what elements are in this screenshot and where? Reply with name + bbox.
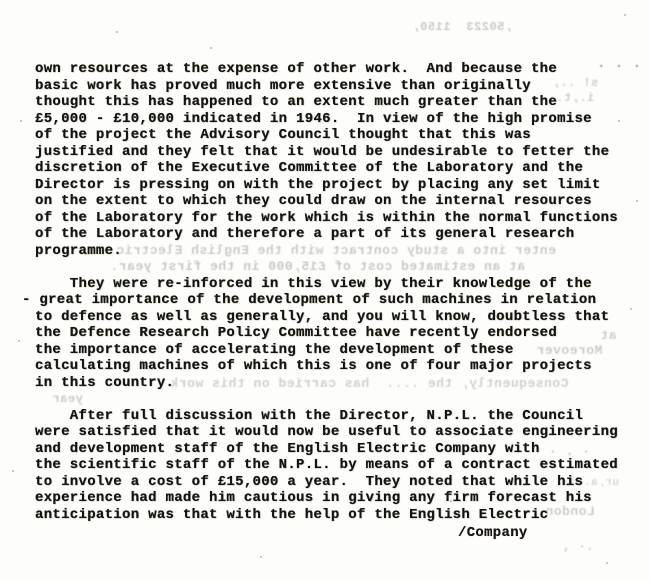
text-line: on the extent to which they could draw o…	[35, 193, 618, 210]
document-text-block: own resources at the expense of other wo…	[35, 61, 618, 523]
text-line: - great importance of the development of…	[22, 292, 618, 309]
scanned-document-page: own resources at the expense of other wo…	[0, 0, 650, 581]
bleed-through-text: at an estimated cost of £15,000 in the f…	[110, 259, 525, 274]
text-line: the Defence Research Policy Committee ha…	[35, 325, 618, 342]
paper-speck	[18, 340, 20, 342]
bleed-through-text: year	[52, 392, 83, 406]
paper-speck	[116, 31, 118, 33]
paper-speck	[260, 556, 262, 558]
bleed-through-text: Consequently, the .... has carried on th…	[170, 376, 568, 391]
paper-speck	[12, 470, 14, 472]
text-line: After full discussion with the Director,…	[35, 408, 618, 425]
text-line: the importance of accelerating the devel…	[35, 342, 618, 359]
text-line: of the Laboratory and therefore a part o…	[35, 226, 618, 243]
bleed-through-text: s! ..,	[552, 76, 598, 90]
text-line: £5,000 - £10,000 indicated in 1946. In v…	[35, 111, 618, 128]
text-line: of the Laboratory for the work which is …	[35, 210, 618, 227]
text-line: Director is pressing on with the project…	[35, 177, 618, 194]
paper-speck	[636, 200, 638, 202]
text-line: of the project the Advisory Council thou…	[35, 127, 618, 144]
text-line: anticipation was that with the help of t…	[35, 507, 618, 524]
text-line: They were re-inforced in this view by th…	[35, 276, 618, 293]
text-line: and development staff of the English Ele…	[35, 441, 618, 458]
text-line: justified and they felt that it would be…	[35, 144, 618, 161]
text-line: calculating machines of which this is on…	[35, 358, 618, 375]
text-line: to defence as well as generally, and you…	[35, 309, 618, 326]
text-line: discretion of the Executive Committee of…	[35, 160, 618, 177]
paper-speck	[450, 500, 452, 502]
bleed-through-text: enter into a study contract with the Eng…	[116, 243, 556, 258]
text-line: experience had made him cautious in givi…	[35, 490, 618, 507]
paper-speck	[630, 308, 632, 310]
stray-mark: · . ·	[549, 444, 591, 459]
bleed-through-text: London	[545, 504, 595, 519]
paper-speck	[618, 120, 620, 122]
paper-speck	[606, 562, 608, 564]
catchword: /Company	[458, 525, 528, 541]
text-line: to involve a cost of £15,000 a year. The…	[35, 474, 618, 491]
bleed-through-text: at	[600, 328, 617, 343]
bleed-through-text: ,50223 1150,	[412, 20, 512, 34]
bleed-through-text: i.,t.·	[548, 91, 594, 105]
paper-speck	[20, 120, 22, 122]
bleed-through-text: ur,a.·:···	[548, 477, 619, 489]
text-line: the scientific staff of the N.P.L. by me…	[35, 457, 618, 474]
text-line: basic work has proved much more extensiv…	[35, 78, 618, 95]
paper-speck	[624, 14, 626, 16]
text-line	[35, 391, 618, 408]
text-line: own resources at the expense of other wo…	[35, 61, 618, 78]
text-line: were satisfied that it would now be usef…	[35, 424, 618, 441]
stray-mark: , ·.	[563, 540, 594, 554]
bleed-through-text: Moreover	[536, 343, 602, 358]
text-line: thought this has happened to an extent m…	[35, 94, 618, 111]
stray-mark: · · ·	[597, 59, 642, 75]
paper-speck	[210, 47, 212, 49]
